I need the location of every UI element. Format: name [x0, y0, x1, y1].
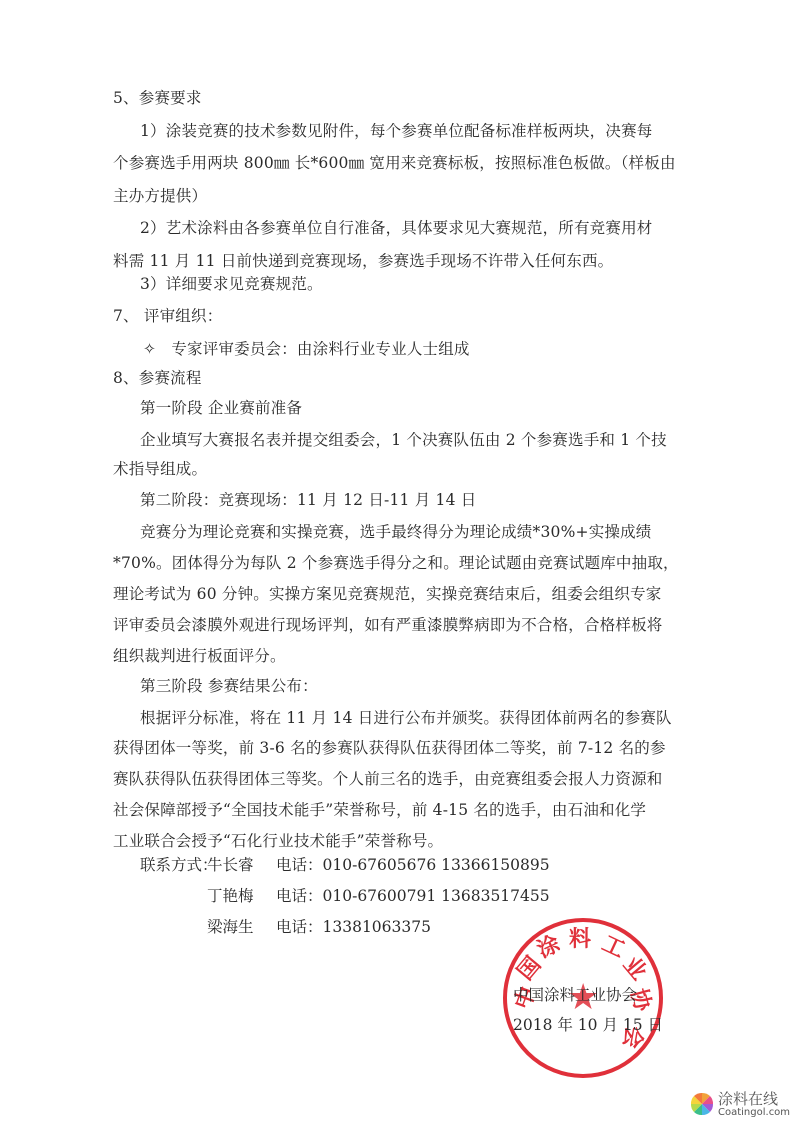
- stage1-title: 第一阶段 企业赛前准备: [140, 398, 302, 418]
- document-page: 5、参赛要求 1）涂装竞赛的技术参数见附件，每个参赛单位配备标准样板两块，决赛每…: [0, 0, 800, 1132]
- contact-name-1: 牛长睿: [207, 855, 254, 875]
- seal-char: 料: [569, 922, 591, 953]
- contact-phone-3: 电话：13381063375: [276, 917, 431, 937]
- stage2-line3: 理论考试为 60 分钟。实操方案见竞赛规范，实操竞赛结束后，组委会组织专家: [113, 584, 661, 604]
- stage3-line5: 工业联合会授予“石化行业技术能手”荣誉称号。: [113, 831, 443, 851]
- stage2-line2: *70%。团体得分为每队 2 个参赛选手得分之和。理论试题由竞赛试题库中抽取，: [113, 553, 679, 573]
- section5-item2-line2: 料需 11 月 11 日前快递到竞赛现场，参赛选手现场不许带入任何东西。: [113, 251, 613, 271]
- section5-item1-line2: 个参赛选手用两块 800㎜ 长*600㎜ 宽用来竞赛标板，按照标准色板做。（样板…: [113, 153, 676, 173]
- stage3-line1: 根据评分标准，将在 11 月 14 日进行公布并颁奖。获得团体前两名的参赛队: [140, 708, 672, 728]
- stage3-title: 第三阶段 参赛结果公布：: [140, 676, 318, 696]
- contact-phone-2: 电话：010-67600791 13683517455: [276, 886, 550, 906]
- section5-item3: 3）详细要求见竞赛规范。: [140, 274, 323, 294]
- seal-char: 工: [597, 927, 630, 964]
- stage1-line1: 企业填写大赛报名表并提交组委会，1 个决赛队伍由 2 个参赛选手和 1 个技: [140, 430, 667, 450]
- watermark-logo: 涂料在线 Coatingol.com: [690, 1088, 800, 1128]
- seal-char: 涂: [531, 927, 564, 964]
- section7-bullet: ✧ 专家评审委员会：由涂料行业专业人士组成: [143, 339, 470, 359]
- stage3-line2: 获得团体一等奖，前 3-6 名的参赛队获得队伍获得团体二等奖，前 7-12 名的…: [113, 738, 666, 758]
- section8-heading: 8、参赛流程: [113, 368, 202, 388]
- stage2-title: 第二阶段：竞赛现场：11 月 12 日-11 月 14 日: [140, 490, 477, 510]
- section5-item1-line1: 1）涂装竞赛的技术参数见附件，每个参赛单位配备标准样板两块，决赛每: [140, 121, 652, 141]
- signature-date: 2018 年 10 月 15 日: [513, 1015, 663, 1035]
- watermark-cn: 涂料在线: [718, 1088, 778, 1109]
- seal-char: 业: [617, 949, 655, 986]
- section5-item1-line3: 主办方提供）: [113, 186, 207, 206]
- section5-item2-line1: 2）艺术涂料由各参赛单位自行准备，具体要求见大赛规范，所有竞赛用材: [140, 218, 652, 238]
- stage3-line3: 赛队获得队伍获得团体三等奖。个人前三名的选手，由竞赛组委会报人力资源和: [113, 769, 663, 789]
- stage1-line2: 术指导组成。: [113, 459, 207, 479]
- section5-heading: 5、参赛要求: [113, 88, 202, 108]
- stage2-line5: 组织裁判进行板面评分。: [113, 646, 286, 666]
- contact-name-2: 丁艳梅: [207, 886, 254, 906]
- contact-phone-1: 电话：010-67605676 13366150895: [276, 855, 550, 875]
- stage2-line1: 竞赛分为理论竞赛和实操竞赛，选手最终得分为理论成绩*30%+实操成绩: [140, 522, 652, 542]
- contact-name-3: 梁海生: [207, 917, 254, 937]
- pinwheel-logo-icon: [690, 1092, 714, 1116]
- stage3-line4: 社会保障部授予“全国技术能手”荣誉称号，前 4-15 名的选手，由石油和化学: [113, 800, 646, 820]
- section7-bullet-text: 专家评审委员会：由涂料行业专业人士组成: [171, 340, 469, 358]
- signature-organization: 中国涂料工业协会: [513, 985, 637, 1005]
- contacts-label: 联系方式：: [140, 855, 218, 875]
- watermark-en: Coatingol.com: [718, 1107, 790, 1118]
- section7-heading: 7、 评审组织：: [113, 306, 222, 326]
- diamond-bullet-icon: ✧: [143, 340, 156, 358]
- stage2-line4: 评审委员会漆膜外观进行现场评判，如有严重漆膜弊病即为不合格，合格样板将: [113, 615, 663, 635]
